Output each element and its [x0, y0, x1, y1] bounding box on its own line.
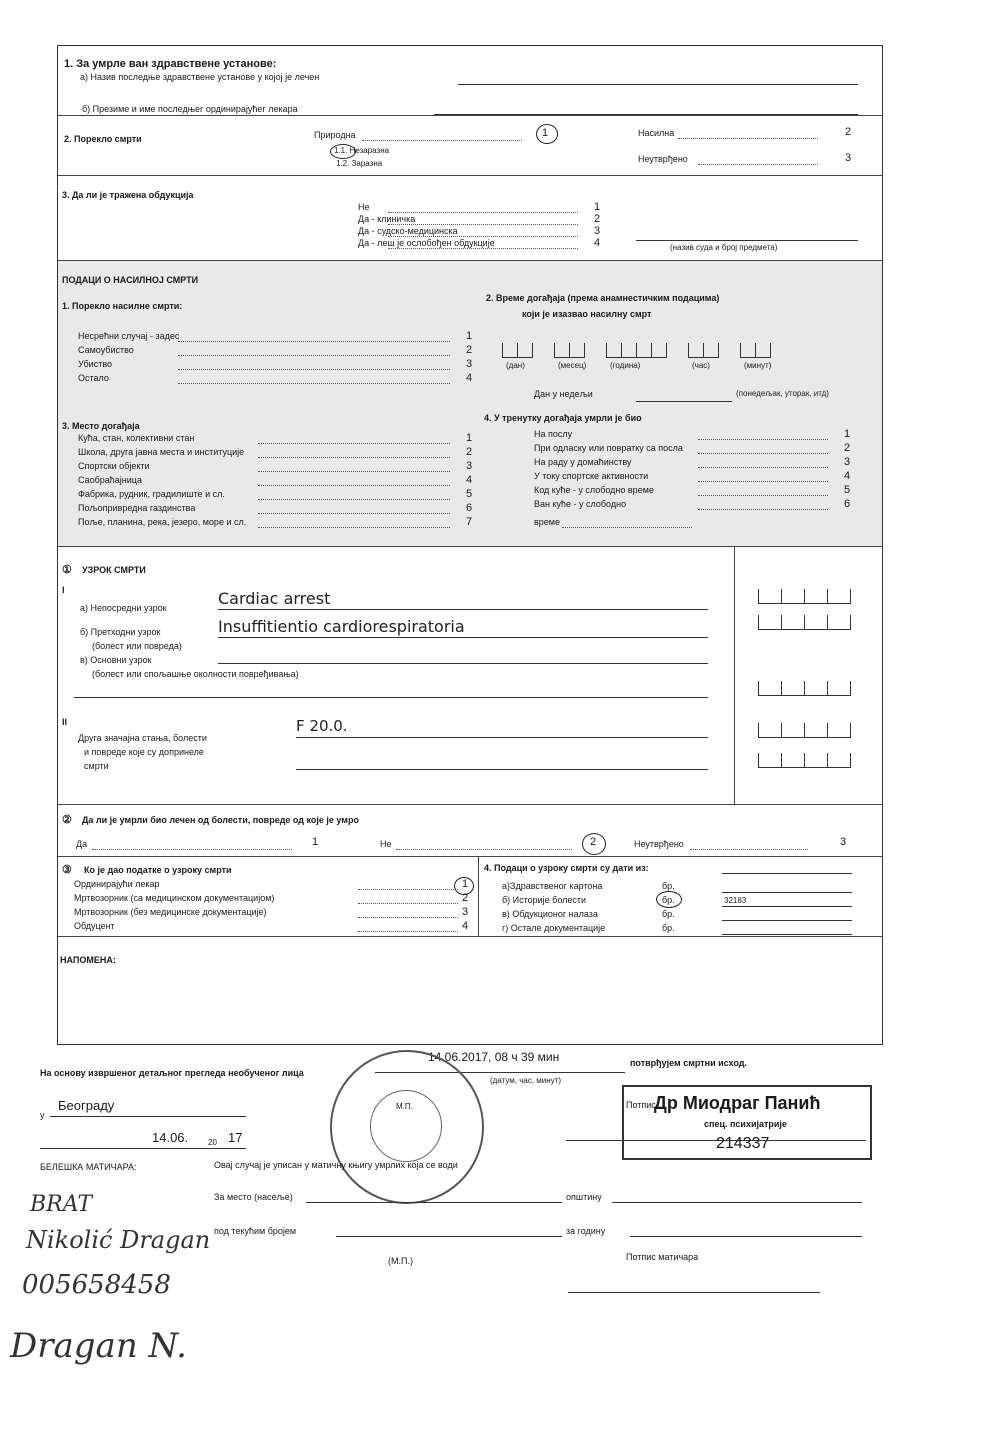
time-caption: (година): [610, 361, 640, 370]
time-box-2[interactable]: [606, 343, 667, 358]
doctor-stamp-spec: спец. психијатрије: [704, 1119, 787, 1129]
weekday-caption: (понедељак, уторак, итд): [736, 389, 829, 398]
source-abbr: бр.: [662, 881, 675, 891]
autopsy-option-num: 2: [594, 213, 600, 225]
time-box-1[interactable]: [554, 343, 585, 358]
doctor-stamp-id: 214337: [716, 1135, 769, 1153]
underlying-cause-field[interactable]: [218, 663, 708, 664]
informant-num: 4: [462, 920, 468, 932]
autopsy-option-num: 4: [594, 237, 600, 249]
time-box-0[interactable]: [502, 343, 533, 358]
moment-num: 1: [844, 428, 850, 440]
s2-title: 2. Порекло смрти: [64, 134, 142, 144]
moment-num: 6: [844, 498, 850, 510]
treated-yes-num: 1: [312, 836, 318, 848]
seal-mp: М.П.: [396, 1102, 413, 1111]
violent-origin-label: Убиство: [78, 359, 112, 369]
informant-marker: ③: [62, 863, 72, 876]
registrar-year-label: за годину: [566, 1226, 605, 1236]
selected-circle: [656, 891, 682, 908]
section-treated: ② Да ли је умрли био лечен од болести, п…: [58, 805, 882, 857]
autopsy-option-label: Не: [358, 202, 370, 212]
underlying-cause-label: в) Основни узрок: [80, 655, 152, 665]
registrar-place-field[interactable]: [306, 1202, 562, 1203]
doctor-stamp-name: Др Миодраг Панић: [654, 1093, 820, 1114]
source-label: а)Здравственог картона: [502, 881, 602, 891]
part-1-label: I: [62, 585, 65, 595]
time-caption: (час): [692, 361, 710, 370]
autopsy-option-num: 3: [594, 225, 600, 237]
death-certificate-form: 1. За умрле ван здравствене установе: а)…: [57, 45, 883, 1045]
handwritten-signature: Dragan N.: [10, 1326, 187, 1366]
informant-num: 3: [462, 906, 468, 918]
natural-label: Природна: [314, 130, 356, 140]
informant-label: Ординирајући лекар: [74, 879, 160, 889]
selected-circle: [536, 124, 558, 144]
code-boxes-e[interactable]: [758, 753, 851, 768]
moment-label: При одласку или повратку са посла: [534, 443, 683, 453]
year-prefix: 20: [208, 1138, 217, 1147]
registrar-number-label: под текућим бројем: [214, 1226, 296, 1236]
s1-a-field[interactable]: [458, 84, 858, 85]
handwritten-number: 005658458: [22, 1270, 171, 1300]
place-num: 7: [466, 516, 472, 528]
place-num: 4: [466, 474, 472, 486]
in-label: у: [40, 1110, 45, 1120]
registrar-mp: (М.П.): [388, 1256, 413, 1266]
institution-seal: М.П.: [330, 1050, 484, 1204]
source-abbr: бр.: [662, 923, 675, 933]
treated-undetermined-label: Неутврђено: [634, 839, 684, 849]
place-label: Фабрика, рудник, градилиште и сл.: [78, 489, 225, 499]
city-value[interactable]: Београду: [58, 1098, 114, 1113]
code-boxes-a[interactable]: [758, 589, 851, 604]
other-label-1: Друга значајна стања, болести: [78, 733, 207, 743]
moment-num: 5: [844, 484, 850, 496]
registrar-number-field[interactable]: [336, 1236, 562, 1237]
registrar-signature-label: Потпис матичара: [626, 1252, 698, 1262]
violent-origin-num: 3: [466, 358, 472, 370]
source-label: г) Остале документације: [502, 923, 605, 933]
place-label: Пољопривредна газдинства: [78, 503, 195, 513]
registrar-signature-field[interactable]: [568, 1292, 820, 1293]
place-label: Спортски објекти: [78, 461, 150, 471]
cause-marker: ①: [62, 563, 72, 576]
violent-origin-num: 2: [466, 344, 472, 356]
violent-origin-label: Остало: [78, 373, 109, 383]
moment-label: На раду у домаћинству: [534, 457, 631, 467]
treated-no-label: Не: [380, 839, 392, 849]
informant-label: Мртвозорник (са медицинском документациј…: [74, 893, 274, 903]
place-title: 3. Место догађаја: [62, 421, 140, 431]
antecedent-cause-sub: (болест или повреда): [92, 641, 182, 651]
registrar-title: БЕЛЕШКА МАТИЧАРА:: [40, 1162, 136, 1172]
section-cause-of-death: ① УЗРОК СМРТИ I а) Непосредни узрок Card…: [58, 547, 882, 805]
treated-undetermined-num: 3: [840, 836, 846, 848]
autopsy-option-label: Да - леш је ослобођен обдукције: [358, 238, 495, 248]
time-caption: (дан): [506, 361, 525, 370]
section-outside-institution: 1. За умрле ван здравствене установе: а)…: [58, 46, 882, 116]
doctor-stamp: Др Миодраг Панић спец. психијатрије 2143…: [622, 1085, 872, 1160]
datetime-caption: (датум, час, минут): [490, 1076, 561, 1085]
s1-b-label: б) Презиме и име последњег ординирајућег…: [82, 104, 298, 114]
place-label: Школа, друга јавна места и институције: [78, 447, 244, 457]
time-caption: (минут): [744, 361, 771, 370]
sources-title: 4. Подаци о узроку смрти су дати из:: [484, 863, 649, 873]
time-box-3[interactable]: [688, 343, 719, 358]
note-label: НАПОМЕНА:: [60, 955, 116, 965]
moment-num: 2: [844, 442, 850, 454]
section-origin: 2. Порекло смрти Природна 1 1.1. Незараз…: [58, 116, 882, 176]
violent-origin-num: 4: [466, 372, 472, 384]
informant-label: Мртвозорник (без медицинске документациј…: [74, 907, 267, 917]
treated-marker: ②: [62, 813, 72, 826]
source-value[interactable]: 32183: [724, 896, 746, 905]
source-label: б) Историје болести: [502, 895, 586, 905]
moment-label: Ван куће - у слободно: [534, 499, 626, 509]
place-num: 1: [466, 432, 472, 444]
place-num: 5: [466, 488, 472, 500]
registrar-place-label: За место (насеље): [214, 1192, 293, 1202]
source-abbr: бр.: [662, 909, 675, 919]
undetermined-num: 3: [845, 152, 851, 164]
place-num: 2: [466, 446, 472, 458]
immediate-cause-value[interactable]: Cardiac arrest: [218, 589, 330, 608]
s1-b-field[interactable]: [434, 114, 858, 115]
violent-origin-num: 1: [466, 330, 472, 342]
place-num: 6: [466, 502, 472, 514]
code-boxes-b[interactable]: [758, 615, 851, 630]
time-title-2: који је изазвао насилну смрт: [522, 309, 651, 319]
s3-title: 3. Да ли је тражена обдукција: [62, 190, 194, 200]
violent-label: Насилна: [638, 128, 674, 138]
code-boxes-d[interactable]: [758, 723, 851, 738]
section-violent-death: ПОДАЦИ О НАСИЛНОЈ СМРТИ 1. Порекло насил…: [58, 261, 882, 547]
other-conditions-value[interactable]: F 20.0.: [296, 717, 348, 735]
court-field[interactable]: [636, 240, 858, 241]
year-value[interactable]: 17: [228, 1130, 242, 1145]
undetermined-label: Неутврђено: [638, 154, 688, 164]
registrar-year-field[interactable]: [630, 1236, 862, 1237]
place-label: Поље, планина, река, језеро, море и сл.: [78, 517, 246, 527]
moment-title: 4. У тренутку догађаја умрли је био: [484, 413, 642, 423]
time-box-4[interactable]: [740, 343, 771, 358]
treated-yes-label: Да: [76, 839, 87, 849]
antecedent-cause-label: б) Претходни узрок: [80, 627, 161, 637]
violent-num: 2: [845, 126, 851, 138]
natural-sub2: 1.2. Заразна: [336, 159, 382, 168]
place-num: 3: [466, 460, 472, 472]
source-label: в) Обдукционог налаза: [502, 909, 598, 919]
section-informant: ③ Ко је дао податке о узроку смрти Ордин…: [58, 857, 882, 937]
cause-title: УЗРОК СМРТИ: [82, 565, 146, 575]
basis-text: На основу извршеног детаљног прегледа не…: [40, 1068, 304, 1078]
other-label-3: смрти: [84, 761, 109, 771]
date-value[interactable]: 14.06.: [152, 1130, 188, 1145]
selected-circle: [582, 833, 606, 855]
immediate-cause-label: а) Непосредни узрок: [80, 603, 167, 613]
moment-label: У току спортске активности: [534, 471, 648, 481]
moment-label: На послу: [534, 429, 572, 439]
selected-circle: [330, 144, 356, 159]
section-autopsy: 3. Да ли је тражена обдукција Не1Да - кл…: [58, 176, 882, 261]
underlying-cause-sub: (болест или спољашње околности повређива…: [92, 669, 299, 679]
handwritten-name: Nikolić Dragan: [26, 1226, 210, 1254]
other-label-2: и повреде које су допринеле: [84, 747, 204, 757]
weekday-label: Дан у недељи: [534, 389, 593, 399]
time-caption: (месец): [558, 361, 586, 370]
violent-header: ПОДАЦИ О НАСИЛНОЈ СМРТИ: [62, 275, 198, 285]
s1-title: 1. За умрле ван здравствене установе:: [64, 58, 276, 70]
confirm-text: потврђујем смртни исход.: [630, 1058, 747, 1068]
handwritten-relation: BRAT: [30, 1192, 92, 1217]
violent-origin-label: Несрећни случај - задес: [78, 331, 179, 341]
code-boxes-c[interactable]: [758, 681, 851, 696]
informant-label: Обдуцент: [74, 921, 115, 931]
weekday-field[interactable]: [636, 401, 732, 402]
registrar-municipality-label: општину: [566, 1192, 602, 1202]
treated-title: Да ли је умрли био лечен од болести, пов…: [82, 815, 359, 825]
section-note: НАПОМЕНА:: [58, 937, 882, 1044]
moment-6-cont: време: [534, 517, 560, 527]
violent-origin-label: Самоубиство: [78, 345, 134, 355]
s1-a-label: а) Назив последње здравствене установе у…: [80, 72, 319, 82]
court-caption: (назив суда и број предмета): [670, 243, 777, 252]
moment-num: 4: [844, 470, 850, 482]
place-label: Саобраћајница: [78, 475, 142, 485]
selected-circle: [454, 877, 474, 895]
autopsy-option-num: 1: [594, 201, 600, 213]
autopsy-option-label: Да - судско-медицинска: [358, 226, 458, 236]
registrar-line1: Овај случај је уписан у матичну књигу ум…: [214, 1160, 458, 1170]
informant-title: Ко је дао податке о узроку смрти: [84, 865, 232, 875]
moment-num: 3: [844, 456, 850, 468]
place-label: Кућа, стан, колективни стан: [78, 433, 194, 443]
registrar-municipality-field[interactable]: [612, 1202, 862, 1203]
part-2-label: II: [62, 717, 67, 727]
time-title-1: 2. Време догађаја (према анамнестичким п…: [486, 293, 719, 303]
violent-origin-title: 1. Порекло насилне смрти:: [62, 301, 182, 311]
antecedent-cause-value[interactable]: Insuffitientio cardiorespiratoria: [218, 617, 465, 636]
autopsy-option-label: Да - клиничка: [358, 214, 415, 224]
moment-label: Код куће - у слободно време: [534, 485, 654, 495]
